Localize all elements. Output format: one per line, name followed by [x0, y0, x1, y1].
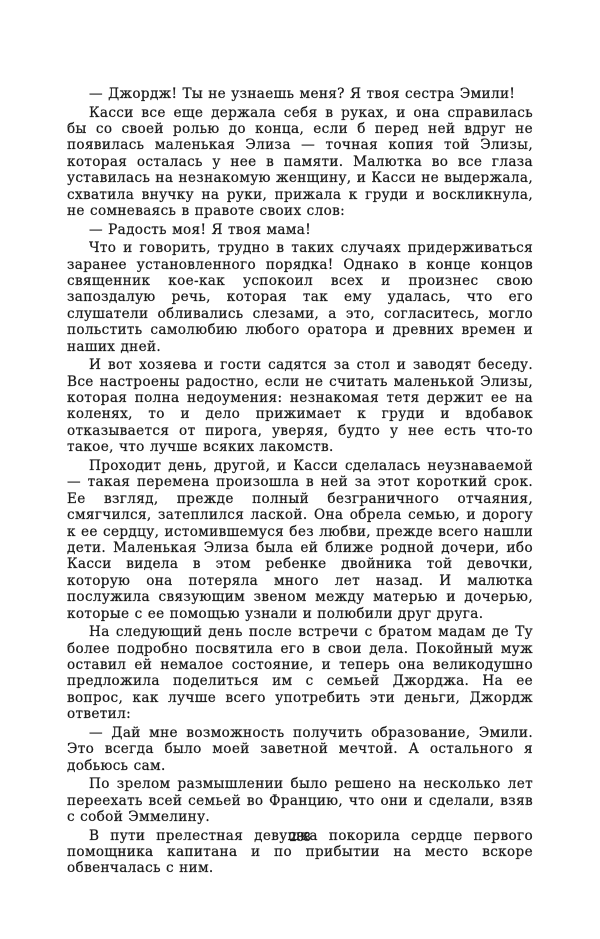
- paragraph-madame-de-thoux: На следующий день после встречи с братом…: [67, 624, 533, 722]
- paragraph-table-conversation: И вот хозяева и гости садятся за стол и …: [67, 357, 533, 455]
- paragraph-dialogue-education: — Дай мне возможность получить образован…: [67, 725, 533, 774]
- paragraph-dialogue-mama: — Радость моя! Я твоя мама!: [67, 222, 533, 238]
- paragraph-priest-speech: Что и говорить, трудно в таких случаях п…: [67, 240, 533, 355]
- book-page-text: — Джордж! Ты не узнаешь меня? Я твоя сес…: [67, 86, 533, 879]
- paragraph-dialogue-emily: — Джордж! Ты не узнаешь меня? Я твоя сес…: [67, 86, 533, 102]
- paragraph-move-to-france: По зрелом размышлении было решено на нес…: [67, 776, 533, 825]
- paragraph-cassy-transformation: Проходит день, другой, и Касси сделалась…: [67, 458, 533, 622]
- paragraph-cassy-recognition: Касси все еще держала себя в руках, и он…: [67, 105, 533, 220]
- page-number: 288: [0, 830, 600, 846]
